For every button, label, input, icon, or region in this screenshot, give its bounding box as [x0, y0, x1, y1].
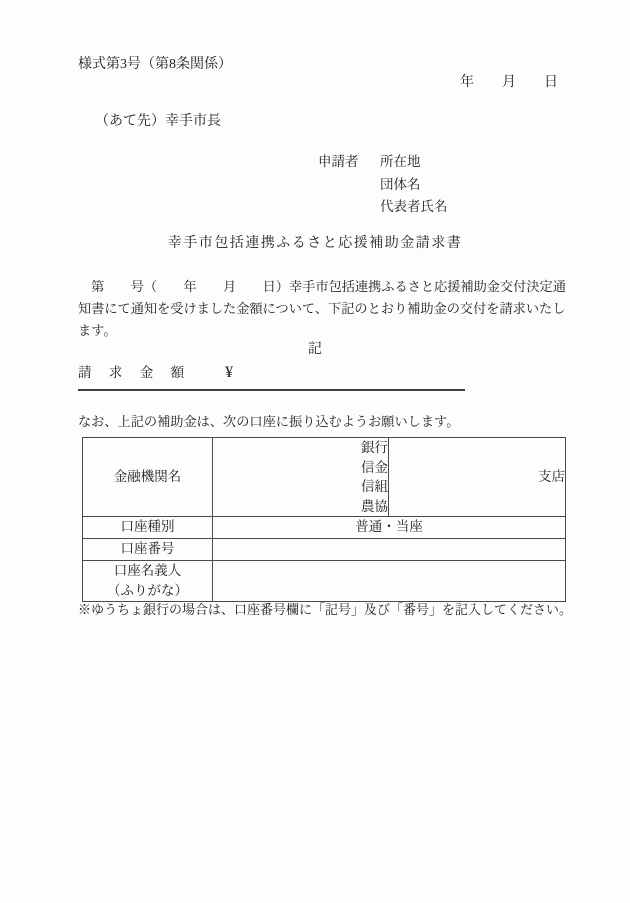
branch-suffix-label: 支店: [538, 469, 565, 484]
account-type-options-cell[interactable]: 普通・当座: [213, 517, 566, 539]
applicant-field-representative: 代表者氏名: [380, 196, 448, 219]
addressee-label: （あて先）幸手市長: [95, 111, 221, 133]
row-account-type: 口座種別 普通・当座: [83, 517, 566, 539]
branch-name-field[interactable]: 支店: [389, 438, 566, 517]
body-line-2: 知書にて通知を受けました金額について、下記のとおり補助金の交付を請求いたし: [78, 298, 570, 320]
document-page: 様式第3号（第8条関係） 年 月 日 （あて先）幸手市長 申請者 所在地 団体名…: [0, 0, 630, 903]
bank-account-table: 金融機関名 銀行 信金 信組 農協 支店 口座種別 普通・当座 口座番号: [82, 437, 566, 602]
applicant-row-representative: 代表者氏名: [318, 196, 448, 219]
account-type-label-cell: 口座種別: [83, 517, 213, 539]
applicant-row-address: 申請者 所在地: [318, 151, 448, 174]
transfer-note: なお、上記の補助金は、次の口座に振り込むようお願いします。: [78, 412, 459, 432]
row-account-number: 口座番号: [83, 538, 566, 560]
account-holder-label: 口座名義人: [83, 561, 212, 581]
applicant-label: 申請者: [318, 151, 380, 174]
applicant-field-address: 所在地: [380, 151, 421, 174]
account-holder-label-cell: 口座名義人 （ふりがな）: [83, 560, 213, 601]
amount-value-field[interactable]: [233, 361, 465, 377]
footnote: ※ゆうちょ銀行の場合は、口座番号欄に「記号」及び「番号」を記入してください。: [78, 600, 572, 620]
applicant-row-organization: 団体名: [318, 174, 448, 197]
institution-type-shinkin: 信金: [213, 458, 388, 478]
body-paragraph: 第 号（ 年 月 日）幸手市包括連携ふるさと応援補助金交付決定通 知書にて通知を…: [78, 276, 570, 342]
account-number-label-cell: 口座番号: [83, 538, 213, 560]
yen-symbol: ¥: [225, 361, 233, 386]
institution-label-cell: 金融機関名: [83, 438, 213, 517]
body-line-1: 第 号（ 年 月 日）幸手市包括連携ふるさと応援補助金交付決定通: [78, 276, 570, 298]
institution-type-nokyo: 農協: [213, 497, 388, 517]
institution-type-bank: 銀行: [213, 438, 388, 458]
account-holder-furigana-label: （ふりがな）: [83, 581, 212, 601]
form-number-label: 様式第3号（第8条関係）: [78, 54, 232, 76]
applicant-block: 申請者 所在地 団体名 代表者氏名: [318, 151, 448, 219]
account-holder-field[interactable]: [213, 560, 566, 601]
row-account-holder: 口座名義人 （ふりがな）: [83, 560, 566, 601]
date-line: 年 月 日: [460, 72, 558, 94]
row-institution: 金融機関名 銀行 信金 信組 農協 支店: [83, 438, 566, 517]
applicant-field-organization: 団体名: [380, 174, 421, 197]
document-title: 幸手市包括連携ふるさと応援補助金請求書: [0, 233, 630, 255]
amount-label: 請 求 金 額: [78, 363, 191, 384]
institution-type-shinso: 信組: [213, 477, 388, 497]
record-marker: 記: [0, 339, 630, 361]
amount-line: 請 求 金 額 ¥: [78, 361, 465, 391]
institution-name-field[interactable]: 銀行 信金 信組 農協: [213, 438, 389, 517]
account-number-field[interactable]: [213, 538, 566, 560]
